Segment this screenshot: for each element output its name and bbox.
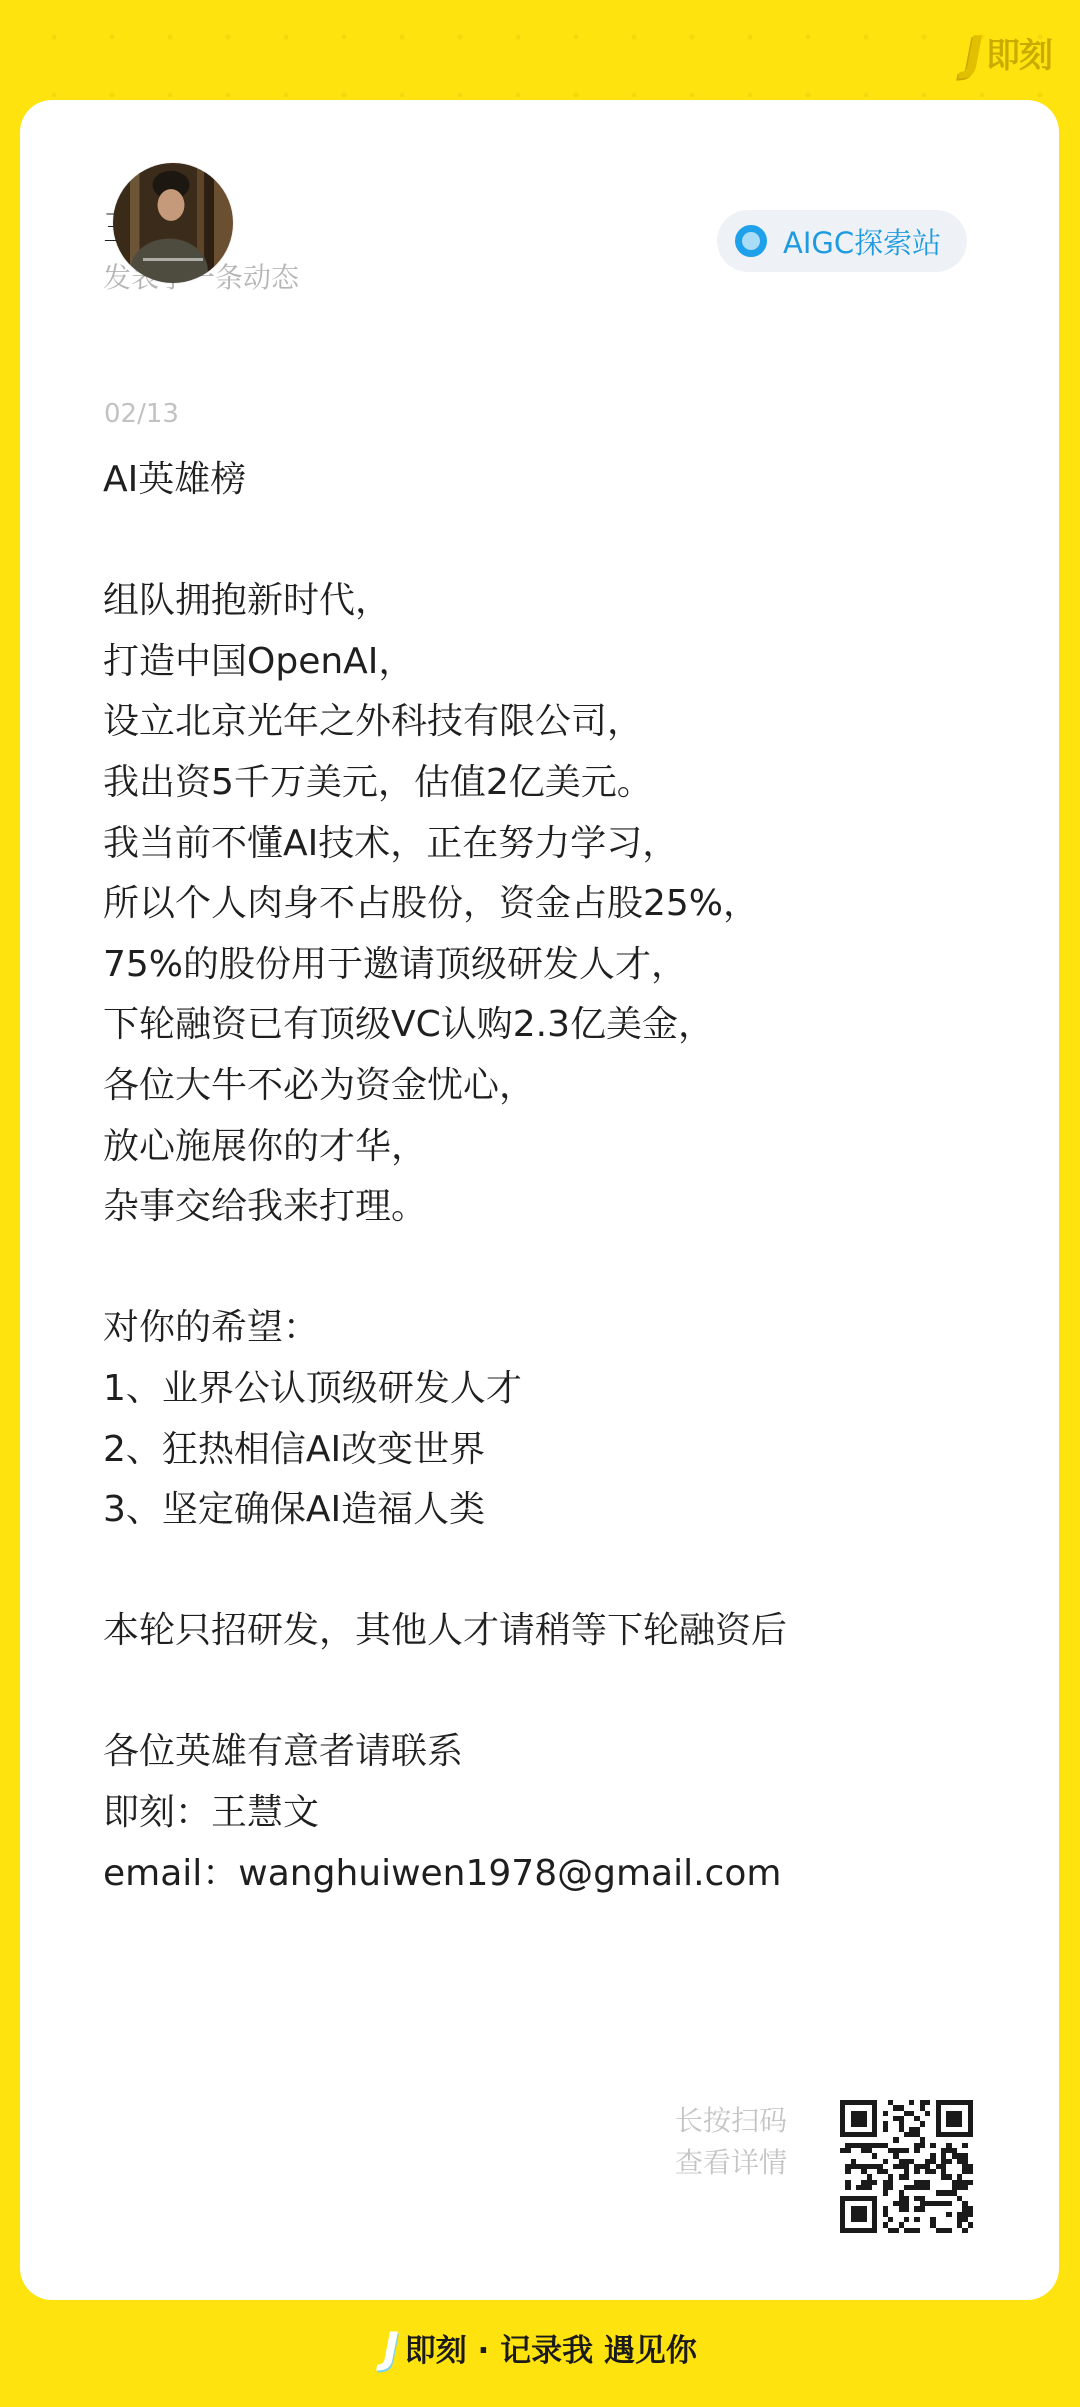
post-line: 本轮只招研发，其他人才请稍等下轮融资后 <box>103 1601 1003 1662</box>
topic-circle-icon <box>735 225 767 257</box>
qr-hint: 长按扫码 查看详情 <box>675 2100 787 2184</box>
post-line: 放心施展你的才华， <box>103 1117 1003 1178</box>
post-line: 各位大牛不必为资金忧心， <box>103 1056 1003 1117</box>
avatar-caption-strip <box>143 258 203 261</box>
jike-footer-logo-icon: J <box>383 2327 399 2369</box>
background-dot-pattern <box>0 0 1080 100</box>
post-line: 1、业界公认顶级研发人才 <box>103 1359 1003 1420</box>
post-date: 02/13 <box>104 394 179 434</box>
topic-badge[interactable]: AIGC探索站 <box>717 210 967 272</box>
post-line: 2、狂热相信AI改变世界 <box>103 1420 1003 1481</box>
post-line: 设立北京光年之外科技有限公司， <box>103 692 1003 753</box>
post-title: AI英雄榜 <box>103 450 1003 511</box>
qr-hint-line1: 长按扫码 <box>675 2100 787 2142</box>
post-line: 组队拥抱新时代， <box>103 571 1003 632</box>
post-contact-email: email：wanghuiwen1978@gmail.com <box>103 1844 1003 1905</box>
qr-hint-line2: 查看详情 <box>675 2142 787 2184</box>
post-line <box>103 1541 1003 1602</box>
post-line: 我出资5千万美元，估值2亿美元。 <box>103 753 1003 814</box>
post-line: 对你的希望： <box>103 1298 1003 1359</box>
post-line: 下轮融资已有顶级VC认购2.3亿美金， <box>103 995 1003 1056</box>
post-line: 75%的股份用于邀请顶级研发人才， <box>103 935 1003 996</box>
post-line: 3、坚定确保AI造福人类 <box>103 1480 1003 1541</box>
post-line: 我当前不懂AI技术，正在努力学习， <box>103 814 1003 875</box>
post-line <box>103 1662 1003 1723</box>
jike-logo-text: 即刻 <box>986 28 1052 77</box>
post-line: 各位英雄有意者请联系 <box>103 1722 1003 1783</box>
post-line <box>103 511 1003 572</box>
post-body: AI英雄榜 组队拥抱新时代， 打造中国OpenAI， 设立北京光年之外科技有限公… <box>103 450 1003 1904</box>
footer-slogan: J 即刻 · 记录我 遇见你 <box>0 2325 1080 2370</box>
jike-logo-icon: J <box>966 30 982 76</box>
user-avatar[interactable] <box>113 163 233 283</box>
post-line: 杂事交给我来打理。 <box>103 1177 1003 1238</box>
post-line: 打造中国OpenAI， <box>103 632 1003 693</box>
qr-code-icon[interactable] <box>840 2100 973 2233</box>
post-card: 王慧文 发表了一条动态 AIGC探索站 02/13 AI英雄榜 组队拥抱新时代，… <box>20 100 1059 2300</box>
jike-logo: J 即刻 <box>966 28 1052 77</box>
post-line <box>103 1238 1003 1299</box>
post-line: 所以个人肉身不占股份，资金占股25%， <box>103 874 1003 935</box>
post-line: 即刻：王慧文 <box>103 1783 1003 1844</box>
footer-slogan-text: 即刻 · 记录我 遇见你 <box>405 2325 697 2370</box>
topic-badge-label: AIGC探索站 <box>783 221 941 262</box>
